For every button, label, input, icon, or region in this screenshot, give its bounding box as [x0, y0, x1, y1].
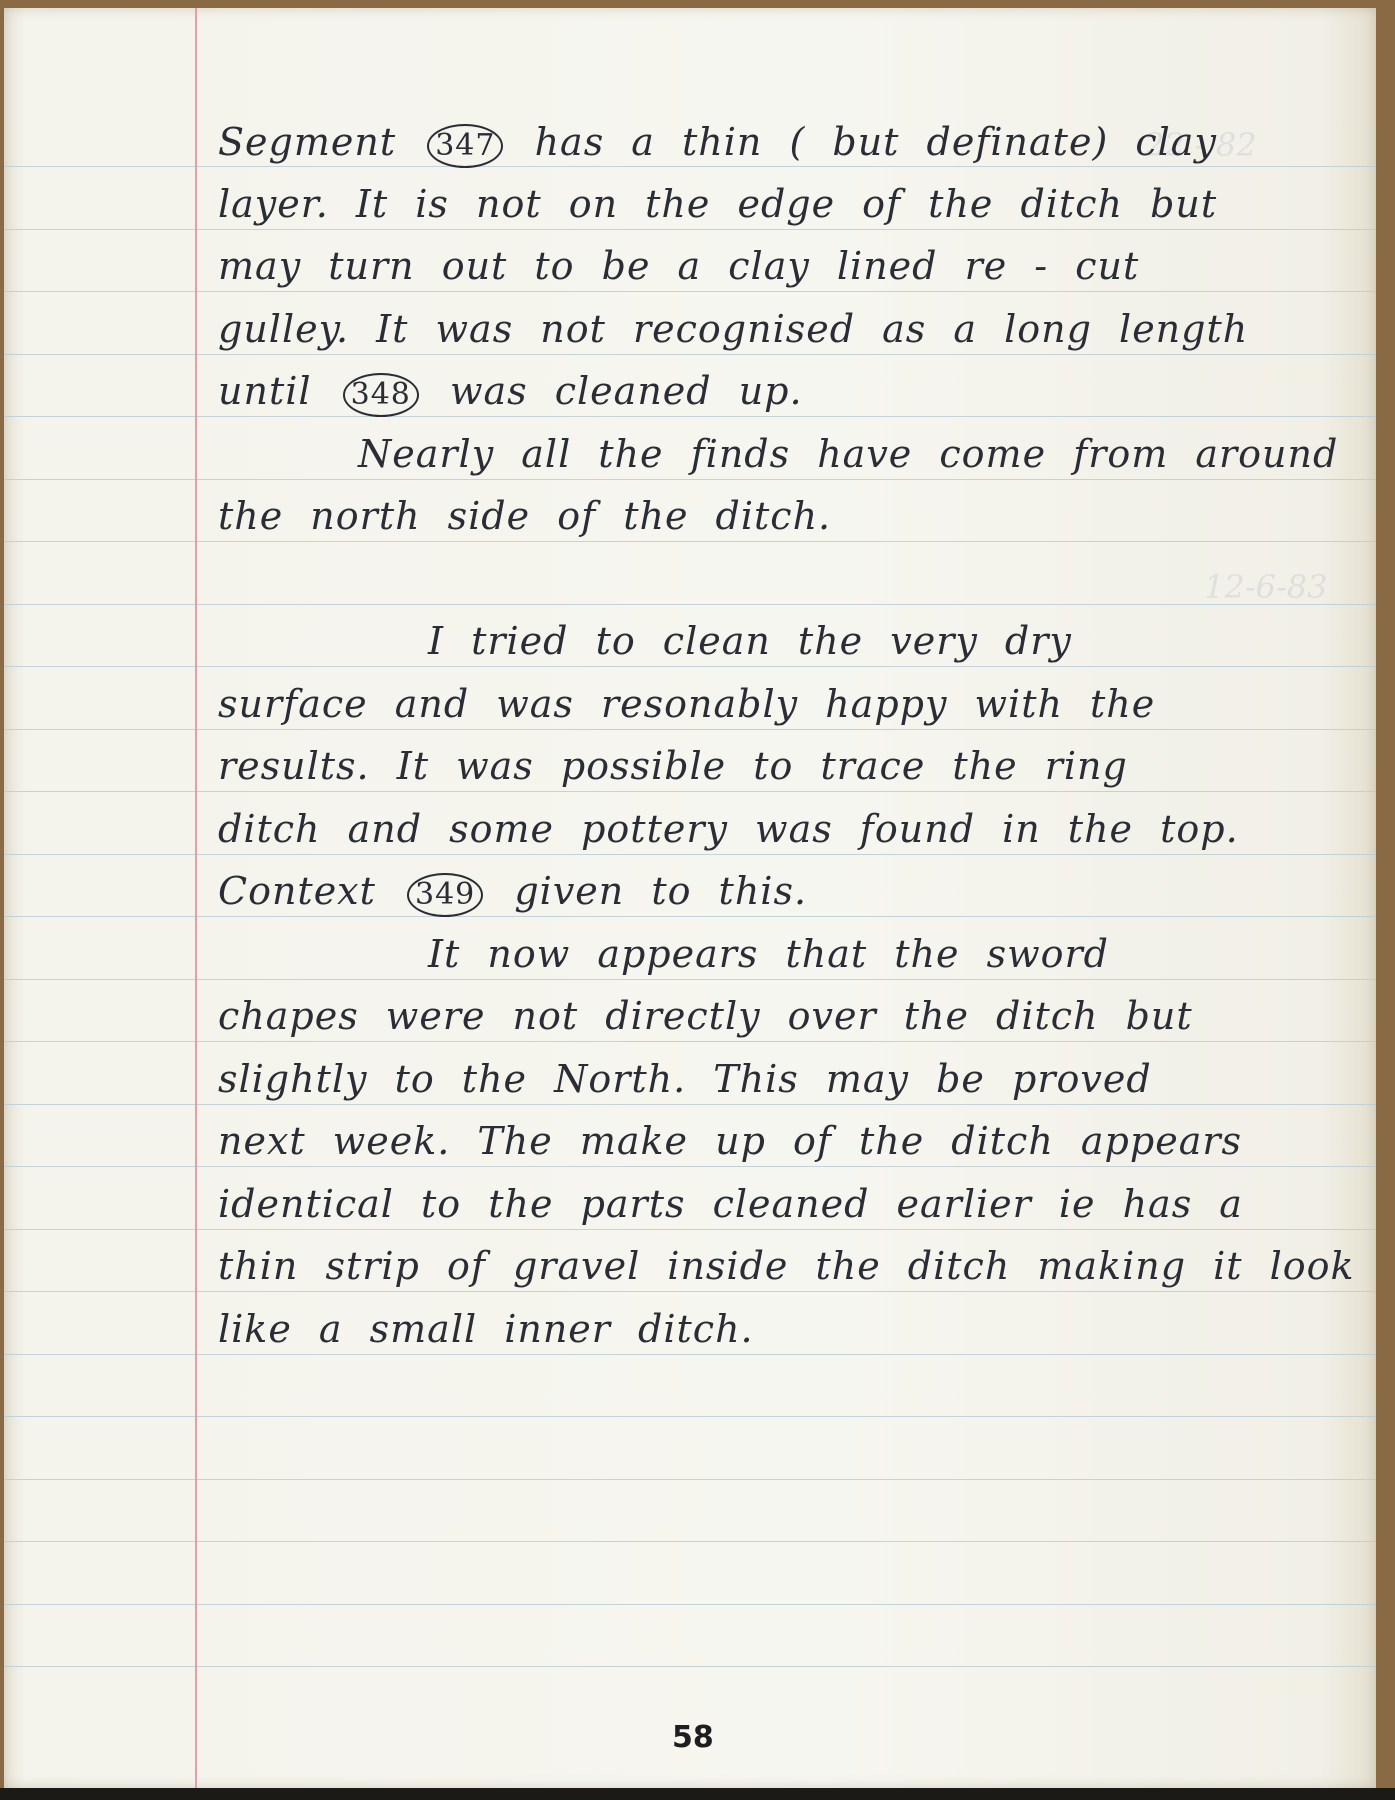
- text-line: the north side of the ditch.: [218, 494, 831, 538]
- ruled-line: [4, 854, 1376, 855]
- context-number-badge: 348: [343, 373, 419, 417]
- text-line: results. It was possible to trace the ri…: [218, 744, 1128, 788]
- ruled-line: [4, 604, 1376, 605]
- text-line: may turn out to be a clay lined re - cut: [218, 244, 1139, 288]
- ruled-line: [4, 229, 1376, 230]
- text-line: Nearly all the finds have come from arou…: [358, 432, 1338, 476]
- context-number-badge: 349: [407, 873, 483, 917]
- ruled-line: [4, 1229, 1376, 1230]
- ruled-line: [4, 479, 1376, 480]
- text-line: slightly to the North. This may be prove…: [218, 1057, 1152, 1101]
- ruled-line: [4, 1541, 1376, 1542]
- ruled-line: [4, 1166, 1376, 1167]
- text-line: ditch and some pottery was found in the …: [218, 807, 1239, 851]
- ruled-line: [4, 541, 1376, 542]
- text-line: Context 349 given to this.: [218, 869, 807, 917]
- notebook-page: 22 - 82 12-6-83 Segment 347 has a thin (…: [4, 8, 1376, 1788]
- margin-line: [195, 8, 197, 1788]
- ruled-line: [4, 666, 1376, 667]
- ruled-line: [4, 729, 1376, 730]
- page-number: 58: [672, 1720, 714, 1755]
- ruled-line: [4, 1604, 1376, 1605]
- ruled-line: [4, 1416, 1376, 1417]
- context-number-badge: 347: [427, 124, 503, 168]
- text-line: identical to the parts cleaned earlier i…: [218, 1182, 1243, 1226]
- text-line: thin strip of gravel inside the ditch ma…: [218, 1244, 1355, 1288]
- ruled-line: [4, 979, 1376, 980]
- ruled-line: [4, 291, 1376, 292]
- ruled-line: [4, 1041, 1376, 1042]
- ruled-line: [4, 1479, 1376, 1480]
- text-line: surface and was resonably happy with the: [218, 682, 1155, 726]
- ruled-line: [4, 1666, 1376, 1667]
- text-line: I tried to clean the very dry: [428, 619, 1072, 663]
- text-line: next week. The make up of the ditch appe…: [218, 1119, 1242, 1163]
- text-line: until 348 was cleaned up.: [218, 369, 803, 417]
- text-line: like a small inner ditch.: [218, 1307, 754, 1351]
- ruled-line: [4, 791, 1376, 792]
- ruled-line: [4, 1104, 1376, 1105]
- text-line: It now appears that the sword: [428, 932, 1109, 976]
- text-line: layer. It is not on the edge of the ditc…: [218, 182, 1217, 226]
- show-through-text: 12-6-83: [1204, 568, 1327, 606]
- text-line: chapes were not directly over the ditch …: [218, 994, 1193, 1038]
- ruled-line: [4, 354, 1376, 355]
- text-line: Segment 347 has a thin ( but definate) c…: [218, 120, 1217, 168]
- ruled-line: [4, 1291, 1376, 1292]
- text-line: gulley. It was not recognised as a long …: [218, 307, 1248, 351]
- ruled-line: [4, 1354, 1376, 1355]
